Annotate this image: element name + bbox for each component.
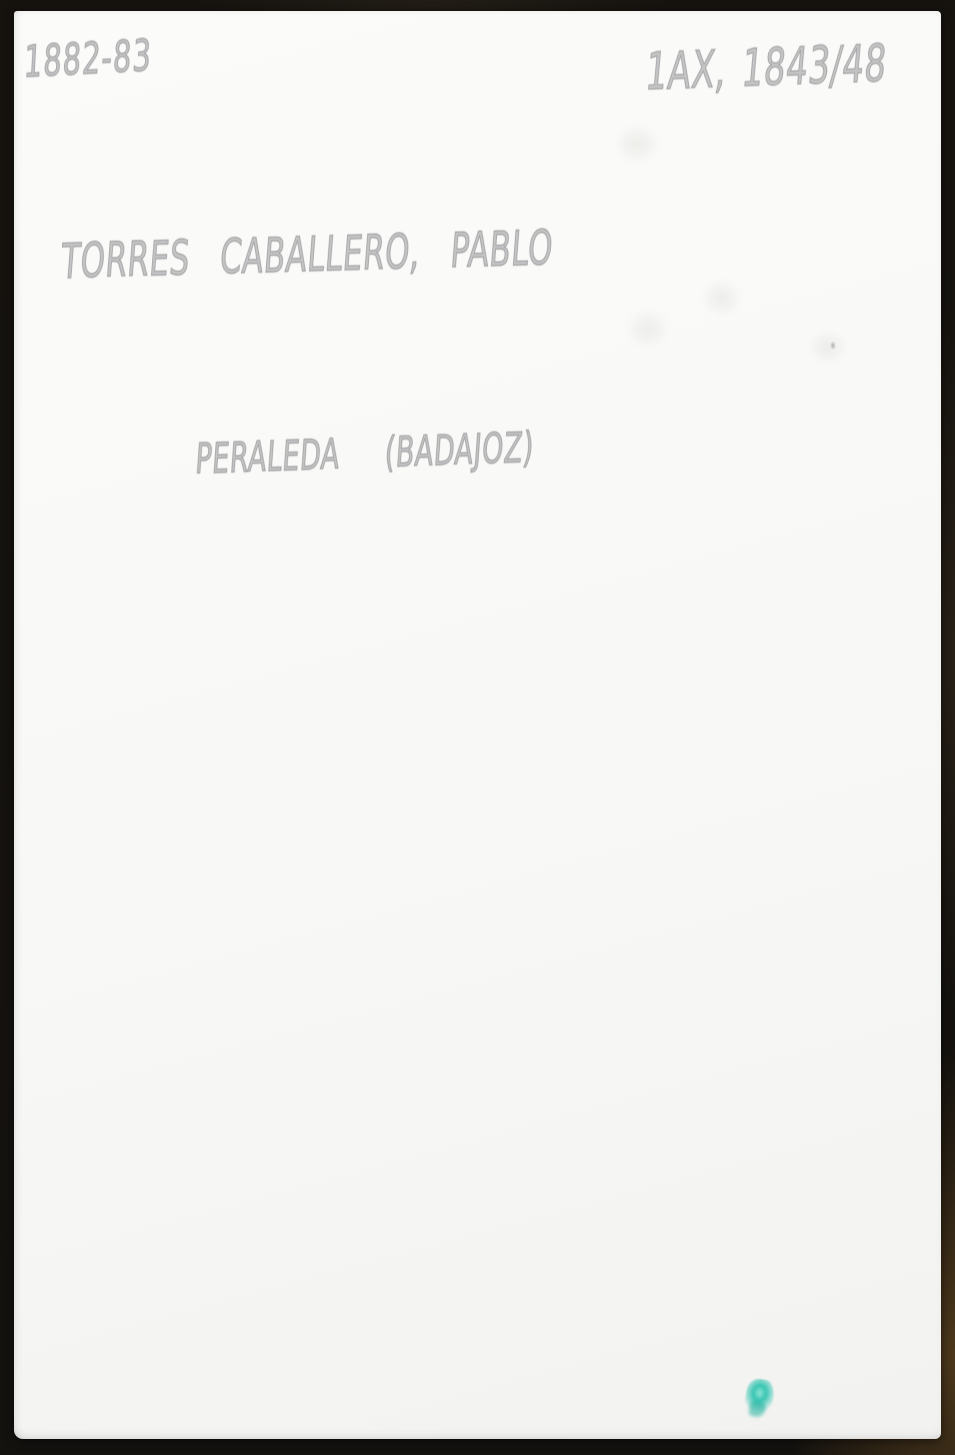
document-page: 1882-83 1AX, 1843/48 TORRES CABALLERO, P…	[14, 11, 941, 1439]
photo-background: 1882-83 1AX, 1843/48 TORRES CABALLERO, P…	[0, 0, 955, 1455]
place-annotation: PERALEDA (BADAJOZ)	[194, 427, 535, 481]
paper-smudge	[808, 329, 848, 365]
paper-smudge	[626, 309, 670, 349]
pencil-speck	[830, 341, 836, 350]
paper-smudge	[614, 123, 660, 165]
teal-crayon-stain-blob	[742, 1377, 777, 1421]
person-name-annotation: TORRES CABALLERO, PABLO	[59, 225, 554, 287]
year-annotation: 1882-83	[23, 34, 153, 84]
reference-number-annotation: 1AX, 1843/48	[644, 39, 889, 99]
teal-crayon-stain	[737, 1372, 781, 1427]
paper-smudge	[702, 279, 742, 317]
